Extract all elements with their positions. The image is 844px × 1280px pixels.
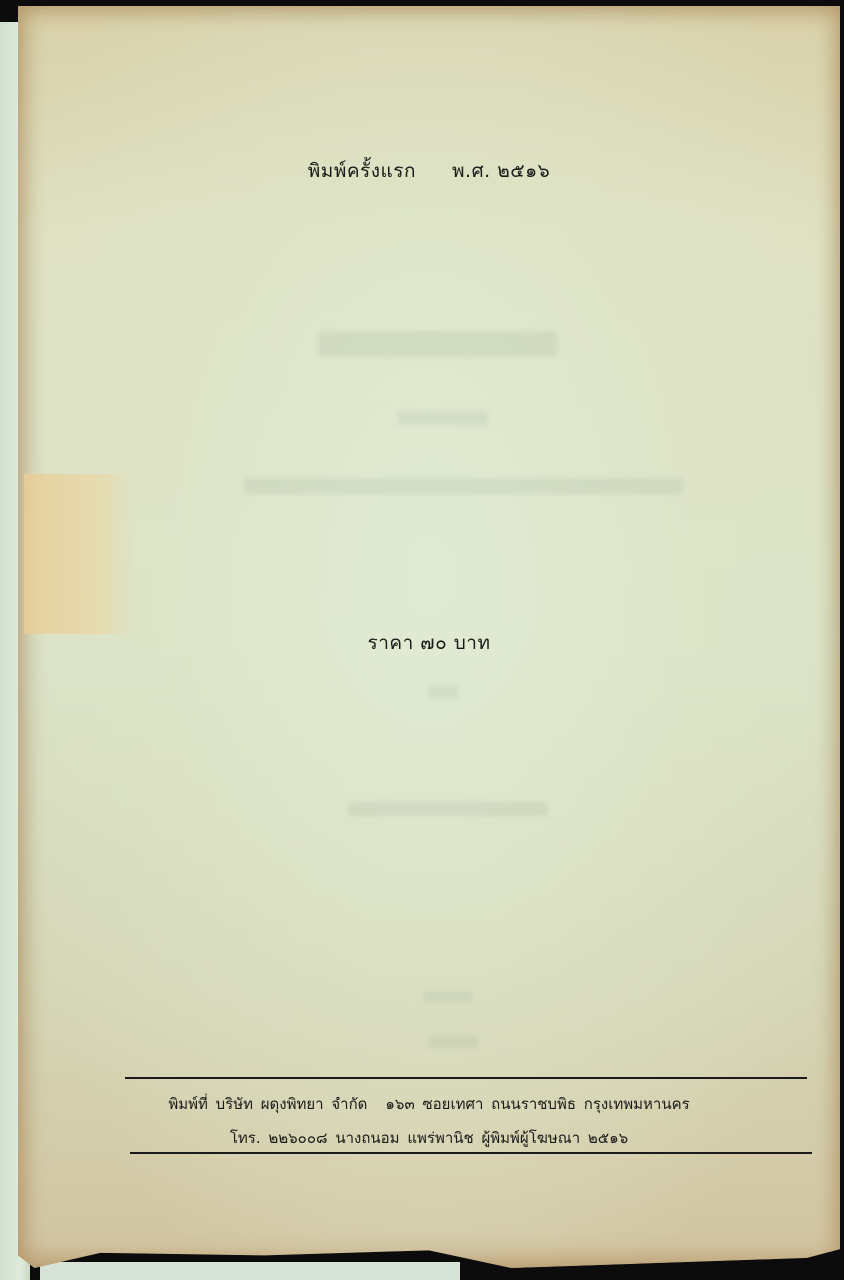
imprint-line-1: พิมพ์ที่ บริษัท ผดุงพิทยา จำกัด๑๖๓ ซอยเท…	[18, 1092, 840, 1116]
edition-line: พิมพ์ครั้งแรกพ.ศ. ๒๕๑๖	[18, 156, 840, 186]
imprint-line-2: โทร. ๒๒๖๐๐๘ นางถนอม แพร่พานิช ผู้พิมพ์ผู…	[18, 1126, 840, 1150]
book-page: พิมพ์ครั้งแรกพ.ศ. ๒๕๑๖ ราคา ๗๐ บาท พิมพ์…	[18, 6, 840, 1268]
edition-label: พิมพ์ครั้งแรก	[308, 160, 416, 182]
printer-address: ๑๖๓ ซอยเทศา ถนนราชบพิธ กรุงเทพมหานคร	[385, 1095, 689, 1113]
printer-name: พิมพ์ที่ บริษัท ผดุงพิทยา จำกัด	[168, 1095, 367, 1113]
backing-sheet-bottom	[40, 1262, 460, 1280]
publisher-credit: นางถนอม แพร่พานิช ผู้พิมพ์ผู้โฆษณา ๒๕๑๖	[335, 1129, 628, 1147]
imprint-rule-bottom	[130, 1152, 812, 1154]
bleed-through-line-5	[428, 1036, 478, 1048]
edition-year: พ.ศ. ๒๕๑๖	[452, 160, 550, 182]
bleed-through-line-3	[348, 802, 548, 816]
price-label: ราคา ๗๐ บาท	[18, 628, 840, 658]
bleed-through-line	[243, 478, 683, 494]
bleed-through-line-2	[428, 686, 458, 698]
imprint-rule-top	[125, 1077, 807, 1079]
printer-phone: โทร. ๒๒๖๐๐๘	[230, 1129, 328, 1147]
bleed-through-line-4	[423, 991, 473, 1003]
bleed-through-title	[318, 331, 558, 357]
paper-stain	[24, 474, 134, 634]
bleed-through-subtitle	[398, 411, 488, 425]
